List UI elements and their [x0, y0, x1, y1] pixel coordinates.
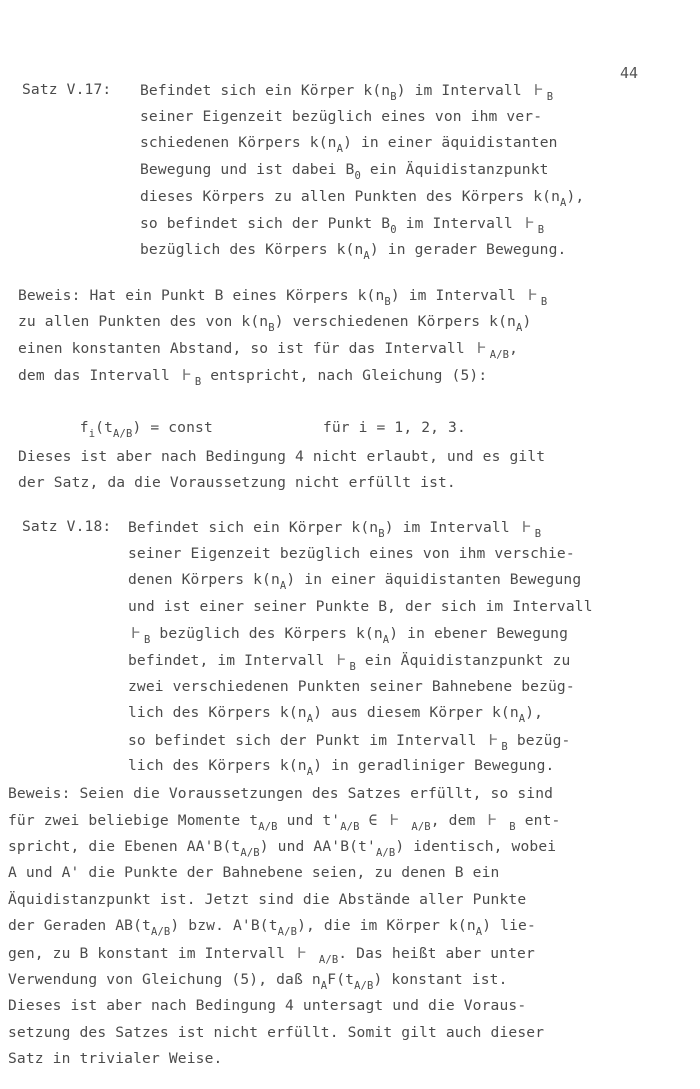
text-run: (t	[95, 419, 113, 436]
text-line: befindet, im Intervall ͰB ein Äquidistan…	[128, 650, 570, 672]
subscript: A	[516, 322, 522, 334]
text-run: ) lie-	[482, 917, 536, 934]
subscript: A/B	[258, 821, 277, 833]
subscript: B	[538, 224, 544, 236]
text-line: bezüglich des Körpers k(nA) in gerader B…	[140, 240, 567, 261]
text-run: ) im Intervall	[385, 519, 519, 536]
subscript: A/B	[340, 821, 359, 833]
subscript: A	[321, 980, 327, 992]
subscript: B	[350, 661, 356, 673]
text-line: und ist einer seiner Punkte B, der sich …	[128, 597, 593, 617]
text-line: seiner Eigenzeit bezüglich eines von ihm…	[140, 107, 542, 127]
subscript: A/B	[490, 349, 509, 361]
text-run: A und A' die Punkte der Bahnebene seien,…	[8, 864, 500, 881]
text-run: lich des Körpers k(n	[128, 757, 307, 774]
text-line: Dieses ist aber nach Bedingung 4 nicht e…	[18, 447, 545, 467]
subscript: A	[476, 926, 482, 938]
text-line: denen Körpers k(nA) in einer äquidistant…	[128, 570, 581, 591]
text-line: ͰB bezüglich des Körpers k(nA) in ebener…	[128, 623, 568, 645]
subscript: A/B	[411, 821, 430, 833]
text-run: ,	[509, 340, 518, 357]
subscript: 0	[390, 224, 396, 236]
text-run: spricht, die Ebenen AA'B(t	[8, 838, 240, 855]
subscript: A	[280, 580, 286, 592]
text-run: ) = const	[132, 419, 212, 436]
text-run: )	[522, 313, 531, 330]
subscript: A/B	[240, 847, 259, 859]
text-run: Beweis: Seien die Voraussetzungen des Sa…	[8, 785, 553, 802]
interval-symbol: Ͱ	[334, 651, 350, 669]
text-run: einen konstanten Abstand, so ist für das…	[18, 340, 474, 357]
text-run: Beweis: Hat ein Punkt B eines Körpers k(…	[18, 287, 384, 304]
text-run: Dieses ist aber nach Bedingung 4 untersa…	[8, 997, 526, 1014]
text-run: bezüglich des Körpers k(n	[140, 241, 363, 258]
page-number: 44	[620, 64, 638, 82]
text-line: so befindet sich der Punkt im Intervall …	[128, 730, 570, 752]
subscript: A/B	[354, 980, 373, 992]
text-run: Bewegung und ist dabei B	[140, 161, 354, 178]
subscript: B	[541, 296, 547, 308]
text-line: lich des Körpers k(nA) aus diesem Körper…	[128, 703, 543, 724]
text-line: Befindet sich ein Körper k(nB) im Interv…	[140, 80, 553, 102]
text-run: ) im Intervall	[397, 82, 531, 99]
text-run: Befindet sich ein Körper k(n	[140, 82, 390, 99]
text-line: einen konstanten Abstand, so ist für das…	[18, 338, 518, 360]
text-run: und t'	[278, 812, 341, 829]
text-run: Verwendung von Gleichung (5), daß n	[8, 971, 321, 988]
text-line: zu allen Punkten des von k(nB) verschied…	[18, 312, 531, 333]
text-run: dieses Körpers zu allen Punkten des Körp…	[140, 188, 560, 205]
text-line: Verwendung von Gleichung (5), daß nAF(tA…	[8, 970, 508, 991]
text-run: entspricht, nach Gleichung (5):	[201, 367, 487, 384]
satz18-label: Satz V.18:	[22, 517, 111, 537]
text-run: Äquidistanzpunkt ist. Jetzt sind die Abs…	[8, 891, 526, 908]
text-run: ein Äquidistanzpunkt	[361, 161, 549, 178]
subscript: B	[144, 634, 150, 646]
subscript: B	[535, 528, 541, 540]
subscript: A/B	[278, 926, 297, 938]
text-line: zwei verschiedenen Punkten seiner Bahneb…	[128, 677, 575, 697]
subscript: B	[509, 821, 515, 833]
interval-symbol: Ͱ	[531, 81, 547, 99]
text-line: Befindet sich ein Körper k(nB) im Interv…	[128, 517, 541, 539]
interval-symbol: Ͱ	[484, 811, 500, 829]
text-run: ) in einer äquidistanten Bewegung	[286, 571, 581, 588]
subscript: A	[337, 143, 343, 155]
text-run: ),	[567, 188, 585, 205]
text-run: der Geraden AB(t	[8, 917, 151, 934]
text-run: im Intervall	[397, 215, 522, 232]
subscript: B	[547, 91, 553, 103]
text-run: setzung des Satzes ist nicht erfüllt. So…	[8, 1024, 544, 1041]
equation-lhs: fi(tA/B) = const	[80, 419, 213, 436]
subscript: A	[307, 713, 313, 725]
text-run: lich des Körpers k(n	[128, 704, 307, 721]
text-line: Äquidistanzpunkt ist. Jetzt sind die Abs…	[8, 890, 526, 910]
text-run: denen Körpers k(n	[128, 571, 280, 588]
text-run: für zwei beliebige Momente t	[8, 812, 258, 829]
subscript: A	[383, 634, 389, 646]
text-run: ein Äquidistanzpunkt zu	[356, 652, 570, 669]
text-run: ) aus diesem Körper k(n	[313, 704, 519, 721]
subscript: A/B	[319, 954, 338, 966]
text-run: Satz in trivialer Weise.	[8, 1050, 222, 1067]
subscript: A	[560, 197, 566, 209]
text-run: F(t	[327, 971, 354, 988]
text-run: ) in gerader Bewegung.	[370, 241, 567, 258]
text-line: schiedenen Körpers k(nA) in einer äquidi…	[140, 133, 558, 154]
text-line: lich des Körpers k(nA) in geradliniger B…	[128, 756, 555, 777]
text-line: dieses Körpers zu allen Punkten des Körp…	[140, 187, 584, 208]
text-run: ) im Intervall	[391, 287, 525, 304]
text-run: ) in ebener Bewegung	[389, 625, 568, 642]
text-line: so befindet sich der Punkt B0 im Interva…	[140, 213, 544, 235]
text-run: ),	[525, 704, 543, 721]
subscript: B	[384, 296, 390, 308]
subscript: B	[195, 376, 201, 388]
subscript: B	[268, 322, 274, 334]
text-line: seiner Eigenzeit bezüglich eines von ihm…	[128, 544, 575, 564]
subscript: A	[519, 713, 525, 725]
text-line: Beweis: Seien die Voraussetzungen des Sa…	[8, 784, 553, 804]
text-run: seiner Eigenzeit bezüglich eines von ihm…	[140, 108, 542, 125]
interval-symbol: Ͱ	[519, 518, 535, 536]
text-run: dem das Intervall	[18, 367, 179, 384]
subscript: i	[89, 428, 95, 440]
text-run: Befindet sich ein Körper k(n	[128, 519, 378, 536]
text-run: bezüglich des Körpers k(n	[150, 625, 382, 642]
text-run: . Das heißt aber unter	[338, 945, 535, 962]
text-run: ) und AA'B(t'	[260, 838, 376, 855]
text-line: für zwei beliebige Momente tA/B und t'A/…	[8, 810, 560, 832]
text-run: seiner Eigenzeit bezüglich eines von ihm…	[128, 545, 575, 562]
text-run: , dem Ͱ	[431, 812, 510, 829]
interval-symbol: Ͱ	[474, 339, 490, 357]
text-line: gen, zu B konstant im Intervall Ͱ A/B. D…	[8, 943, 535, 965]
text-run: ) in geradliniger Bewegung.	[313, 757, 554, 774]
text-line: setzung des Satzes ist nicht erfüllt. So…	[8, 1023, 544, 1043]
text-line: Bewegung und ist dabei B0 ein Äquidistan…	[140, 160, 549, 181]
text-line: dem das Intervall ͰB entspricht, nach Gl…	[18, 365, 487, 387]
text-line: Satz in trivialer Weise.	[8, 1049, 222, 1069]
subscript: A	[363, 250, 369, 262]
text-run: ) identisch, wobei	[395, 838, 556, 855]
text-run: gen, zu B konstant im Intervall Ͱ	[8, 945, 319, 962]
text-run: schiedenen Körpers k(n	[140, 134, 337, 151]
subscript: A/B	[376, 847, 395, 859]
equation-rhs: für i = 1, 2, 3.	[323, 419, 466, 436]
interval-symbol: Ͱ	[386, 811, 402, 829]
text-run: so befindet sich der Punkt B	[140, 215, 390, 232]
text-run: ) in einer äquidistanten	[343, 134, 557, 151]
text-line: der Geraden AB(tA/B) bzw. A'B(tA/B), die…	[8, 916, 536, 937]
text-run: ) verschiedenen Körpers k(n	[275, 313, 516, 330]
satz17-label: Satz V.17:	[22, 80, 111, 100]
text-line: spricht, die Ebenen AA'B(tA/B) und AA'B(…	[8, 837, 556, 858]
text-run: ent-	[516, 812, 561, 829]
text-run: f	[80, 419, 89, 436]
text-line: A und A' die Punkte der Bahnebene seien,…	[8, 863, 500, 883]
subscript: A	[307, 766, 313, 778]
text-line: der Satz, da die Voraussetzung nicht erf…	[18, 473, 456, 493]
interval-symbol: Ͱ	[179, 366, 195, 384]
interval-symbol: Ͱ	[525, 286, 541, 304]
interval-symbol: Ͱ	[294, 944, 310, 962]
text-run: ) bzw. A'B(t	[170, 917, 277, 934]
text-run: ), die im Körper k(n	[297, 917, 476, 934]
text-run: zu allen Punkten des von k(n	[18, 313, 268, 330]
subscript: A/B	[151, 926, 170, 938]
interval-symbol: Ͱ	[128, 624, 144, 642]
text-run: und ist einer seiner Punkte B, der sich …	[128, 598, 593, 615]
text-run: ) konstant ist.	[374, 971, 508, 988]
text-run: ∈ Ͱ	[360, 812, 412, 829]
document-page: 44 Satz V.17: Befindet sich ein Körper k…	[0, 0, 700, 1089]
interval-symbol: Ͱ	[522, 214, 538, 232]
subscript: B	[390, 91, 396, 103]
interval-symbol: Ͱ	[485, 731, 501, 749]
subscript: B	[378, 528, 384, 540]
text-run: so befindet sich der Punkt im Intervall	[128, 732, 485, 749]
text-run: zwei verschiedenen Punkten seiner Bahneb…	[128, 678, 575, 695]
text-line: Beweis: Hat ein Punkt B eines Körpers k(…	[18, 285, 547, 307]
subscript: B	[501, 741, 507, 753]
text-run: bezüg-	[508, 732, 571, 749]
subscript: A/B	[113, 428, 132, 440]
text-line: Dieses ist aber nach Bedingung 4 untersa…	[8, 996, 526, 1016]
text-run: befindet, im Intervall	[128, 652, 334, 669]
subscript: 0	[354, 170, 360, 182]
